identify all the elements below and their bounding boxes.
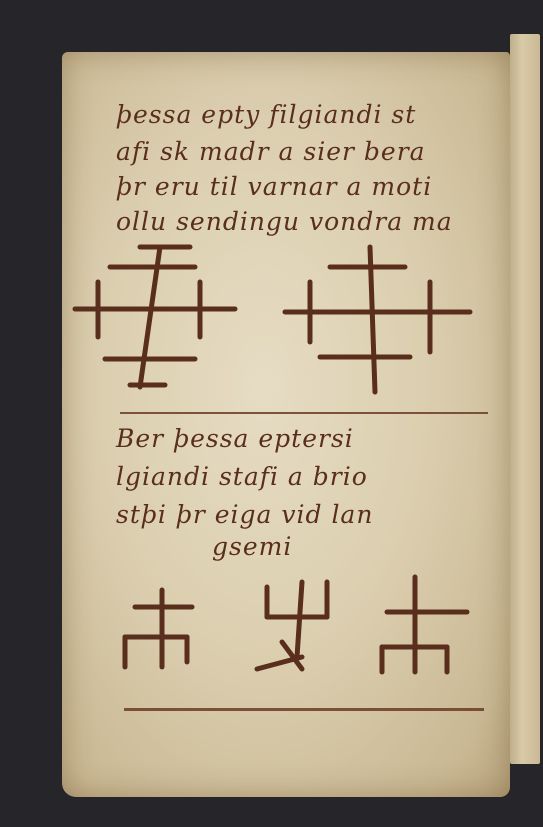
text-line: ollu sendingu vondra ma <box>116 207 453 236</box>
text-line: afi sk madr a sier bera <box>116 137 426 166</box>
adjacent-leaf <box>510 34 540 764</box>
text-line: þr eru til varnar a moti <box>116 172 432 201</box>
magic-stave-icon <box>367 572 477 682</box>
divider-line <box>120 412 488 414</box>
magic-stave-icon <box>247 577 337 677</box>
manuscript-page: þessa epty filgiandi st afi sk madr a si… <box>62 52 510 797</box>
text-line: lgiandi stafi a brio <box>116 462 368 491</box>
magic-stave-icon <box>280 242 480 402</box>
text-line: stþi þr eiga vid lan <box>116 500 373 529</box>
text-line: þessa epty filgiandi st <box>116 100 416 129</box>
magic-stave-icon <box>70 237 240 397</box>
divider-line <box>124 708 484 711</box>
text-line: Ber þessa eptersi <box>116 424 354 453</box>
text-line: gsemi <box>212 532 292 561</box>
magic-stave-icon <box>117 582 197 672</box>
